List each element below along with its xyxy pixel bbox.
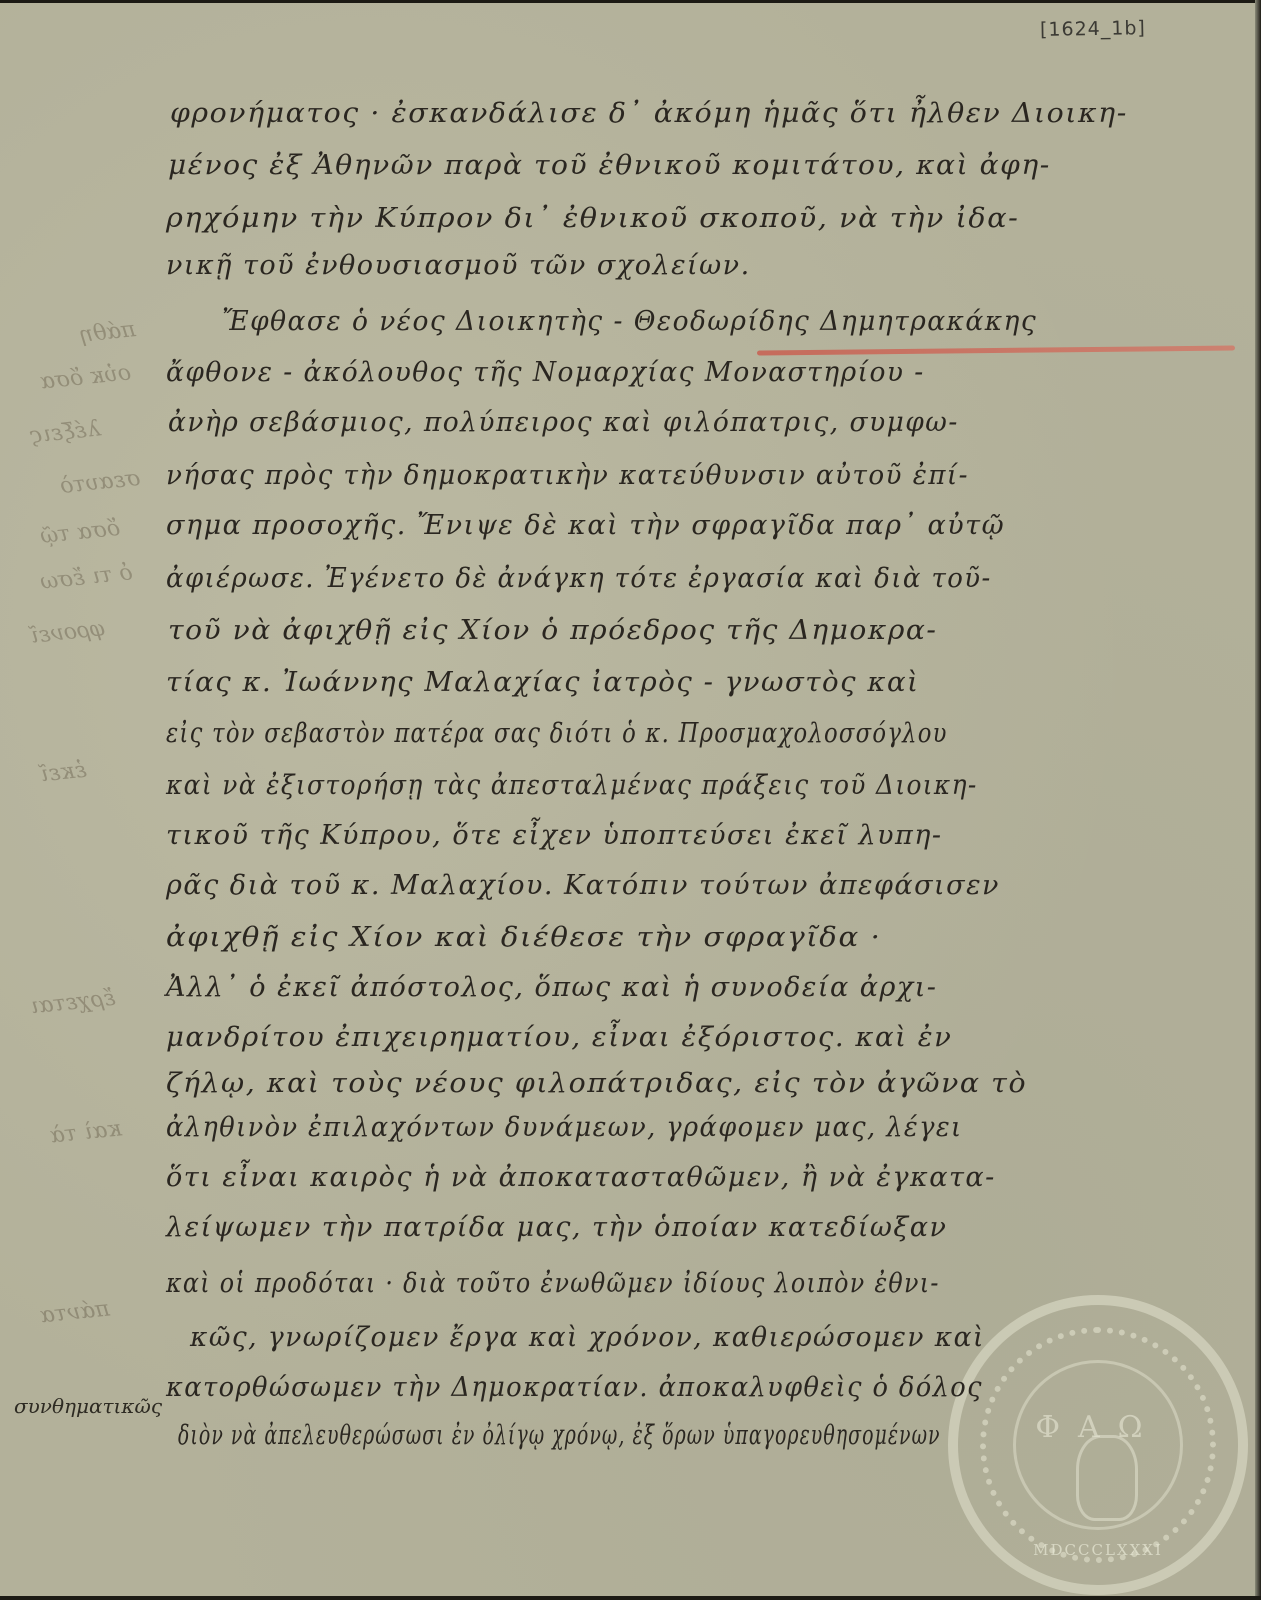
manuscript-page: [1624_1b] πάθη οὐκ ὅσα λέξεις σεαυτὸ ὅσα… [0,0,1261,1600]
manuscript-line: ρᾶς διὰ τοῦ κ. Μαλαχίου. Κατόπιν τούτων … [166,870,1000,901]
manuscript-line: εἰς τὸν σεβαστὸν πατέρα σας διότι ὁ κ. Π… [166,718,948,749]
manuscript-line: νήσας πρὸς τὴν δημοκρατικὴν κατεύθυνσιν … [166,460,969,491]
manuscript-line: ὅτι εἶναι καιρὸς ἡ νὰ ἀποκατασταθῶμεν, ἢ… [166,1162,996,1193]
bleed-through-text: ἐκεῖ [39,758,88,788]
manuscript-line: κατορθώσωμεν τὴν Δημοκρατίαν. ἀποκαλυφθε… [166,1372,983,1403]
manuscript-line: Ἀλλ᾽ ὁ ἐκεῖ ἀπόστολος, ὅπως καὶ ἡ συνοδε… [166,972,937,1003]
manuscript-line: μανδρίτου ἐπιχειρηματίου, εἶναι ἐξόριστο… [166,1022,952,1053]
bleed-through-text: καὶ τὰ [49,1116,123,1148]
manuscript-line: σημα προσοχῆς. Ἔνιψε δὲ καὶ τὴν σφραγῖδα… [166,510,1005,541]
page-bottom-edge [0,1596,1261,1600]
archive-reference-label: [1624_1b] [1040,17,1146,41]
manuscript-line: διὸν νὰ ἀπελευθερώσωσι ἐν ὀλίγῳ χρόνῳ, ἐ… [178,1420,941,1451]
bleed-through-text: πάθη [79,317,137,348]
manuscript-line: λείψωμεν τὴν πατρίδα μας, τὴν ὁποίαν κατ… [166,1212,947,1243]
manuscript-line: Ἔφθασε ὁ νέος Διοικητὴς - Θεοδωρίδης Δημ… [222,306,1037,337]
page-top-edge [0,0,1261,3]
bleed-through-text: οὐκ ὅσα [39,360,132,394]
manuscript-line: καὶ νὰ ἐξιστορήσῃ τὰς ἀπεσταλμένας πράξε… [166,770,978,801]
manuscript-line: ρηχόμην τὴν Κύπρον δι᾽ ἐθνικοῦ σκοποῦ, ν… [166,203,1019,234]
bleed-through-text: λέξεις [29,416,102,448]
red-underline [757,345,1235,355]
manuscript-line: ἀληθινὸν ἐπιλαχόντων δυνάμεων, γράφομεν … [166,1112,963,1143]
manuscript-line: τικοῦ τῆς Κύπρου, ὅτε εἶχεν ὑποπτεύσει ἐ… [166,820,943,851]
manuscript-line: ἀνὴρ σεβάσμιος, πολύπειρος καὶ φιλόπατρι… [168,407,959,438]
manuscript-line: ἄφθονε - ἀκόλουθος τῆς Νομαρχίας Μοναστη… [166,357,925,388]
seal-urn-emblem [1076,1435,1138,1521]
manuscript-line: φρονήματος · ἐσκανδάλισε δ᾽ ἀκόμη ἡμᾶς ὅ… [170,98,1128,129]
page-right-edge [1255,0,1261,1600]
manuscript-line: ζήλῳ, καὶ τοὺς νέους φιλοπάτριδας, εἰς τ… [166,1068,1027,1099]
bleed-through-text: σεαυτὸ [59,466,142,499]
bleed-through-text: πάντα [39,1296,111,1328]
manuscript-line: καὶ οἱ προδόται · διὰ τοῦτο ἐνωθῶμεν ἰδί… [166,1268,940,1299]
bleed-through-text: ὅσα τῷ [39,516,121,549]
bleed-through-text: ὁ τι ἔσω [39,560,134,595]
embossed-seal: ΦΑΩ MDCCCLXXXI [948,1295,1248,1595]
bleed-through-text: ἔρχεται [29,986,117,1020]
manuscript-line: ἀφιχθῇ εἰς Χίον καὶ διέθεσε τὴν σφραγῖδα… [166,922,882,953]
seal-letters: ΦΑΩ [958,1410,1238,1445]
manuscript-line: νικῇ τοῦ ἐνθουσιασμοῦ τῶν σχολείων. [166,250,751,281]
seal-year: MDCCCLXXXI [958,1541,1238,1559]
margin-note: συνθηματικῶς [14,1394,162,1418]
manuscript-line: κῶς, γνωρίζομεν ἔργα καὶ χρόνον, καθιερώ… [190,1322,985,1353]
manuscript-line: τοῦ νὰ ἀφιχθῇ εἰς Χίον ὁ πρόεδρος τῆς Δη… [168,615,937,646]
bleed-through-text: φρονεῖ [29,616,107,649]
manuscript-line: μένος ἐξ Ἀθηνῶν παρὰ τοῦ ἐθνικοῦ κομιτάτ… [168,150,1051,181]
manuscript-line: ἀφιέρωσε. Ἐγένετο δὲ ἀνάγκη τότε ἐργασία… [166,563,992,594]
manuscript-line: τίας κ. Ἰωάννης Μαλαχίας ἰατρὸς - γνωστὸ… [166,667,919,698]
